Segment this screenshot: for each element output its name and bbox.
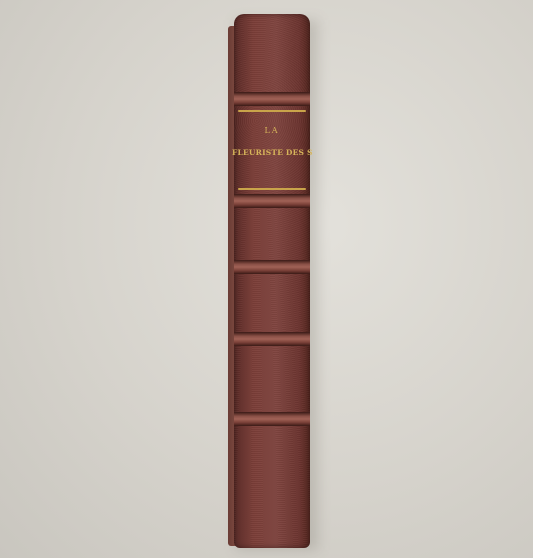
gilt-line — [238, 110, 306, 112]
book-spine: LA FLEURISTE DES SALONS — [234, 14, 310, 548]
raised-band — [234, 92, 310, 106]
title-line-1: LA — [236, 126, 308, 135]
raised-band — [234, 260, 310, 274]
raised-band — [234, 412, 310, 426]
book: LA FLEURISTE DES SALONS — [228, 14, 310, 548]
title-label: LA FLEURISTE DES SALONS — [236, 118, 308, 178]
title-line-2: FLEURISTE DES SALONS — [232, 148, 312, 157]
raised-band — [234, 194, 310, 208]
gilt-line — [238, 188, 306, 190]
raised-band — [234, 332, 310, 346]
